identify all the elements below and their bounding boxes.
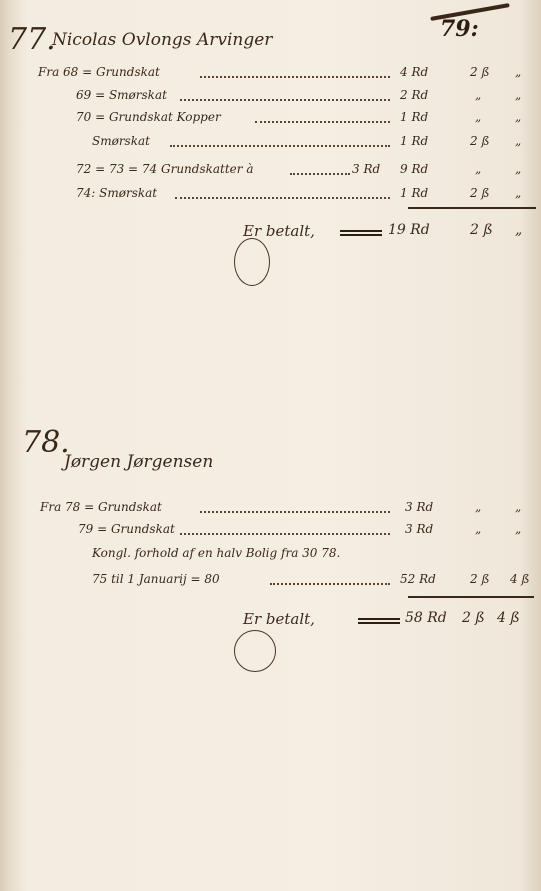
entry-sk: 4 ß (510, 572, 529, 586)
folio-number: 79: (440, 16, 479, 42)
entry-amount: 9 Rd (400, 162, 428, 176)
entry-mk: „ (475, 162, 481, 176)
entry-mk: „ (475, 500, 481, 514)
entry-mk: 2 ß (470, 65, 489, 79)
total-sk: „ (515, 222, 522, 238)
flourish-loop (234, 630, 276, 672)
account-holder: Jørgen Jørgensen (64, 452, 213, 472)
entry-mk: „ (475, 88, 481, 102)
entry-mk: „ (475, 522, 481, 536)
leader-dots (175, 197, 390, 199)
entry-label: Fra 68 = Grundskat (38, 65, 160, 79)
double-rule (340, 230, 382, 236)
account-number: 78. (22, 425, 70, 460)
entry-sk: „ (515, 110, 521, 124)
entry-sk: „ (515, 500, 521, 514)
leader-dots (255, 121, 390, 123)
leader-dots (200, 511, 390, 513)
entry-mk: 2 ß (470, 186, 489, 200)
flourish-loop (234, 238, 270, 286)
leader-dots (290, 173, 350, 175)
entry-sk: „ (515, 88, 521, 102)
entry-sk: „ (515, 162, 521, 176)
entry-label: Fra 78 = Grundskat (40, 500, 162, 514)
entry-label: 79 = Grundskat (78, 522, 175, 536)
entry-amount: 3 Rd (405, 500, 433, 514)
entry-amount: 3 Rd (405, 522, 433, 536)
leader-dots (200, 76, 390, 78)
total-mk: 2 ß (462, 610, 485, 626)
entry-sk: „ (515, 134, 521, 148)
entry-mk: 2 ß (470, 572, 489, 586)
leader-dots (180, 99, 390, 101)
entry-mk: 2 ß (470, 134, 489, 148)
total-amount: 19 Rd (388, 222, 430, 238)
entry-mk: „ (475, 110, 481, 124)
entry-label: 75 til 1 Januarij = 80 (92, 572, 220, 586)
leader-dots (180, 533, 390, 535)
entry-amount: 2 Rd (400, 88, 428, 102)
account-number: 77. (8, 22, 56, 57)
entry-label: 69 = Smørskat (76, 88, 167, 102)
total-sk: 4 ß (497, 610, 520, 626)
total-label: Er betalt, (243, 610, 315, 628)
entry-label: 74: Smørskat (76, 186, 157, 200)
entry-note: Kongl. forhold af en halv Bolig fra 30 7… (92, 546, 340, 560)
total-amount: 58 Rd (405, 610, 447, 626)
entry-sk: „ (515, 186, 521, 200)
entry-label: 72 = 73 = 74 Grundskatter à (76, 162, 254, 176)
ledger-page: 79: 77. Nicolas Ovlongs Arvinger Fra 68 … (0, 0, 541, 891)
entry-amount: 4 Rd (400, 65, 428, 79)
entry-label: 70 = Grundskat Kopper (76, 110, 221, 124)
total-mk: 2 ß (470, 222, 493, 238)
subtotal-rule (408, 596, 534, 598)
double-rule (358, 618, 400, 624)
entry-amount: 1 Rd (400, 134, 428, 148)
leader-dots (270, 583, 390, 585)
entry-label: Smørskat (92, 134, 150, 148)
entry-sk: „ (515, 522, 521, 536)
entry-amount: 1 Rd (400, 110, 428, 124)
entry-amount: 52 Rd (400, 572, 436, 586)
subtotal-rule (408, 207, 536, 209)
entry-amount: 1 Rd (400, 186, 428, 200)
leader-dots (170, 145, 390, 147)
entry-sk: „ (515, 65, 521, 79)
account-holder: Nicolas Ovlongs Arvinger (52, 30, 272, 50)
entry-rate: 3 Rd (352, 162, 380, 176)
